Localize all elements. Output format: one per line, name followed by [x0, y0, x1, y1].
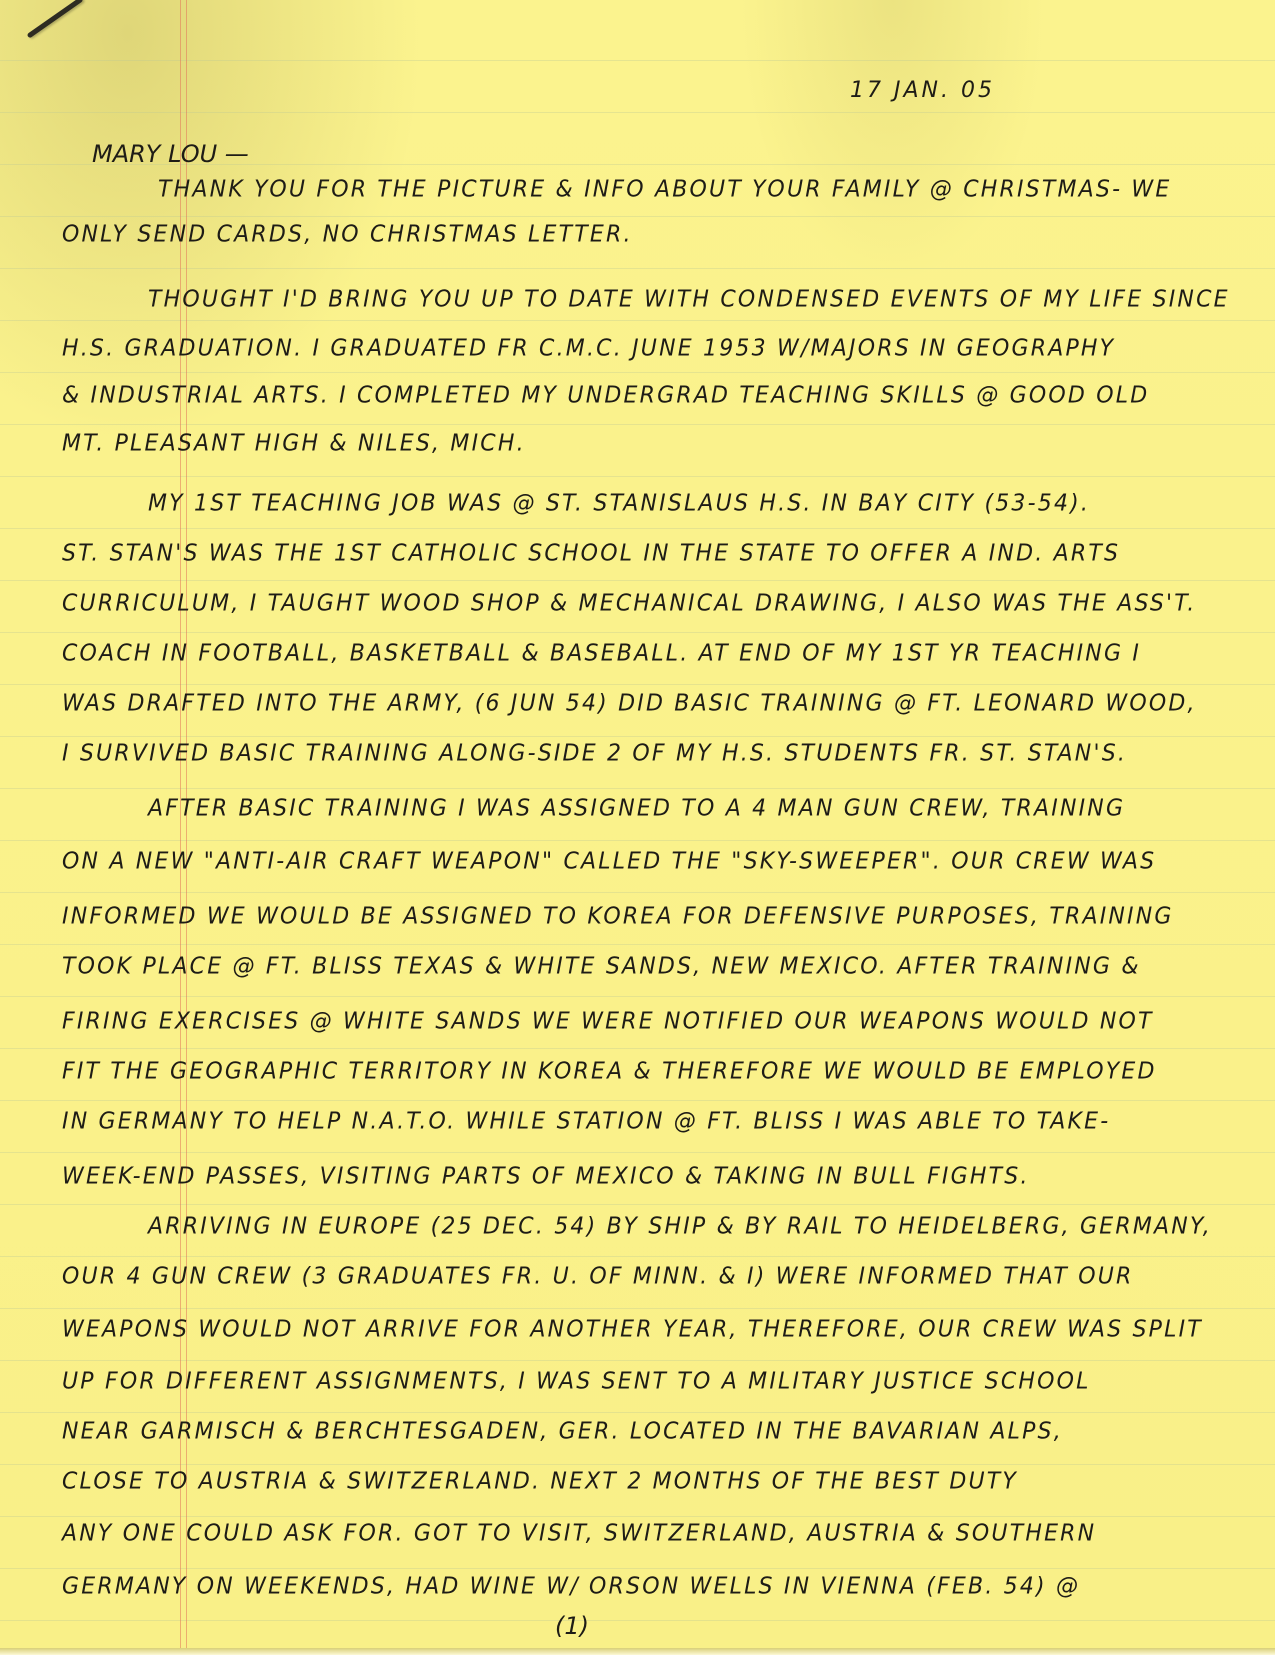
staple-icon	[27, 0, 84, 39]
body-line: H.S. GRADUATION. I GRADUATED FR C.M.C. J…	[62, 336, 1115, 362]
ruled-line	[0, 788, 1275, 789]
body-line: TOOK PLACE @ FT. BLISS TEXAS & WHITE SAN…	[62, 954, 1141, 980]
body-line: WAS DRAFTED INTO THE ARMY, (6 JUN 54) DI…	[62, 691, 1197, 717]
ruled-line	[0, 996, 1275, 997]
body-line: ARRIVING IN EUROPE (25 DEC. 54) BY SHIP …	[148, 1214, 1212, 1240]
ruled-line	[0, 1308, 1275, 1309]
body-line: GERMANY ON WEEKENDS, HAD WINE W/ ORSON W…	[62, 1574, 1080, 1600]
body-line: NEAR GARMISCH & BERCHTESGADEN, GER. LOCA…	[62, 1419, 1063, 1445]
page-number: (1)	[555, 1612, 589, 1640]
ruled-line	[0, 372, 1275, 373]
body-line: I SURVIVED BASIC TRAINING ALONG-SIDE 2 O…	[62, 741, 1127, 767]
body-line: AFTER BASIC TRAINING I WAS ASSIGNED TO A…	[148, 796, 1125, 822]
body-line: INFORMED WE WOULD BE ASSIGNED TO KOREA F…	[62, 904, 1174, 930]
ruled-line	[0, 1568, 1275, 1569]
ruled-line	[0, 1256, 1275, 1257]
salutation: MARY LOU —	[92, 140, 249, 168]
ruled-line	[0, 528, 1275, 529]
body-line: THOUGHT I'D BRING YOU UP TO DATE WITH CO…	[148, 287, 1230, 313]
ruled-line	[0, 1048, 1275, 1049]
ruled-line	[0, 476, 1275, 477]
body-line: FIT THE GEOGRAPHIC TERRITORY IN KOREA & …	[62, 1059, 1157, 1085]
margin-line-left	[180, 0, 181, 1655]
ruled-line	[0, 840, 1275, 841]
margin-line-right	[186, 0, 187, 1655]
body-line: IN GERMANY TO HELP N.A.T.O. WHILE STATIO…	[62, 1109, 1110, 1135]
body-line: ON A NEW "ANTI-AIR CRAFT WEAPON" CALLED …	[62, 849, 1156, 875]
ruled-line	[0, 1516, 1275, 1517]
body-line: CLOSE TO AUSTRIA & SWITZERLAND. NEXT 2 M…	[62, 1469, 1018, 1495]
ruled-line	[0, 216, 1275, 217]
ruled-line	[0, 1204, 1275, 1205]
body-line: ANY ONE COULD ASK FOR. GOT TO VISIT, SWI…	[62, 1521, 1096, 1547]
ruled-line	[0, 892, 1275, 893]
body-line: MT. PLEASANT HIGH & NILES, MICH.	[62, 431, 526, 457]
ruled-line	[0, 1464, 1275, 1465]
body-line: & INDUSTRIAL ARTS. I COMPLETED MY UNDERG…	[62, 383, 1149, 409]
body-line: WEEK-END PASSES, VISITING PARTS OF MEXIC…	[62, 1164, 1030, 1190]
ruled-line	[0, 1152, 1275, 1153]
page-bottom-edge	[0, 1648, 1275, 1655]
body-line: THANK YOU FOR THE PICTURE & INFO ABOUT Y…	[158, 177, 1171, 203]
body-line: OUR 4 GUN CREW (3 GRADUATES FR. U. OF MI…	[62, 1264, 1134, 1290]
ruled-line	[0, 736, 1275, 737]
body-line: MY 1ST TEACHING JOB WAS @ ST. STANISLAUS…	[148, 491, 1090, 517]
body-line: FIRING EXERCISES @ WHITE SANDS WE WERE N…	[62, 1009, 1154, 1035]
ruled-line	[0, 60, 1275, 61]
ruled-line	[0, 632, 1275, 633]
ruled-line	[0, 944, 1275, 945]
ruled-line	[0, 268, 1275, 269]
letter-page: 17 JAN. 05 MARY LOU — THANK YOU FOR THE …	[0, 0, 1275, 1655]
ruled-line	[0, 1620, 1275, 1621]
ruled-line	[0, 580, 1275, 581]
body-line: COACH IN FOOTBALL, BASKETBALL & BASEBALL…	[62, 641, 1141, 667]
body-line: WEAPONS WOULD NOT ARRIVE FOR ANOTHER YEA…	[62, 1317, 1203, 1343]
body-line: ST. STAN'S WAS THE 1ST CATHOLIC SCHOOL I…	[62, 541, 1120, 567]
ruled-line	[0, 1412, 1275, 1413]
ruled-line	[0, 1360, 1275, 1361]
ruled-line	[0, 1100, 1275, 1101]
ruled-line	[0, 424, 1275, 425]
ruled-line	[0, 684, 1275, 685]
body-line: CURRICULUM, I TAUGHT WOOD SHOP & MECHANI…	[62, 591, 1196, 617]
ruled-line	[0, 112, 1275, 113]
ruled-line	[0, 320, 1275, 321]
body-line: UP FOR DIFFERENT ASSIGNMENTS, I WAS SENT…	[62, 1369, 1091, 1395]
body-line: ONLY SEND CARDS, NO CHRISTMAS LETTER.	[62, 222, 633, 248]
letter-date: 17 JAN. 05	[850, 78, 995, 103]
